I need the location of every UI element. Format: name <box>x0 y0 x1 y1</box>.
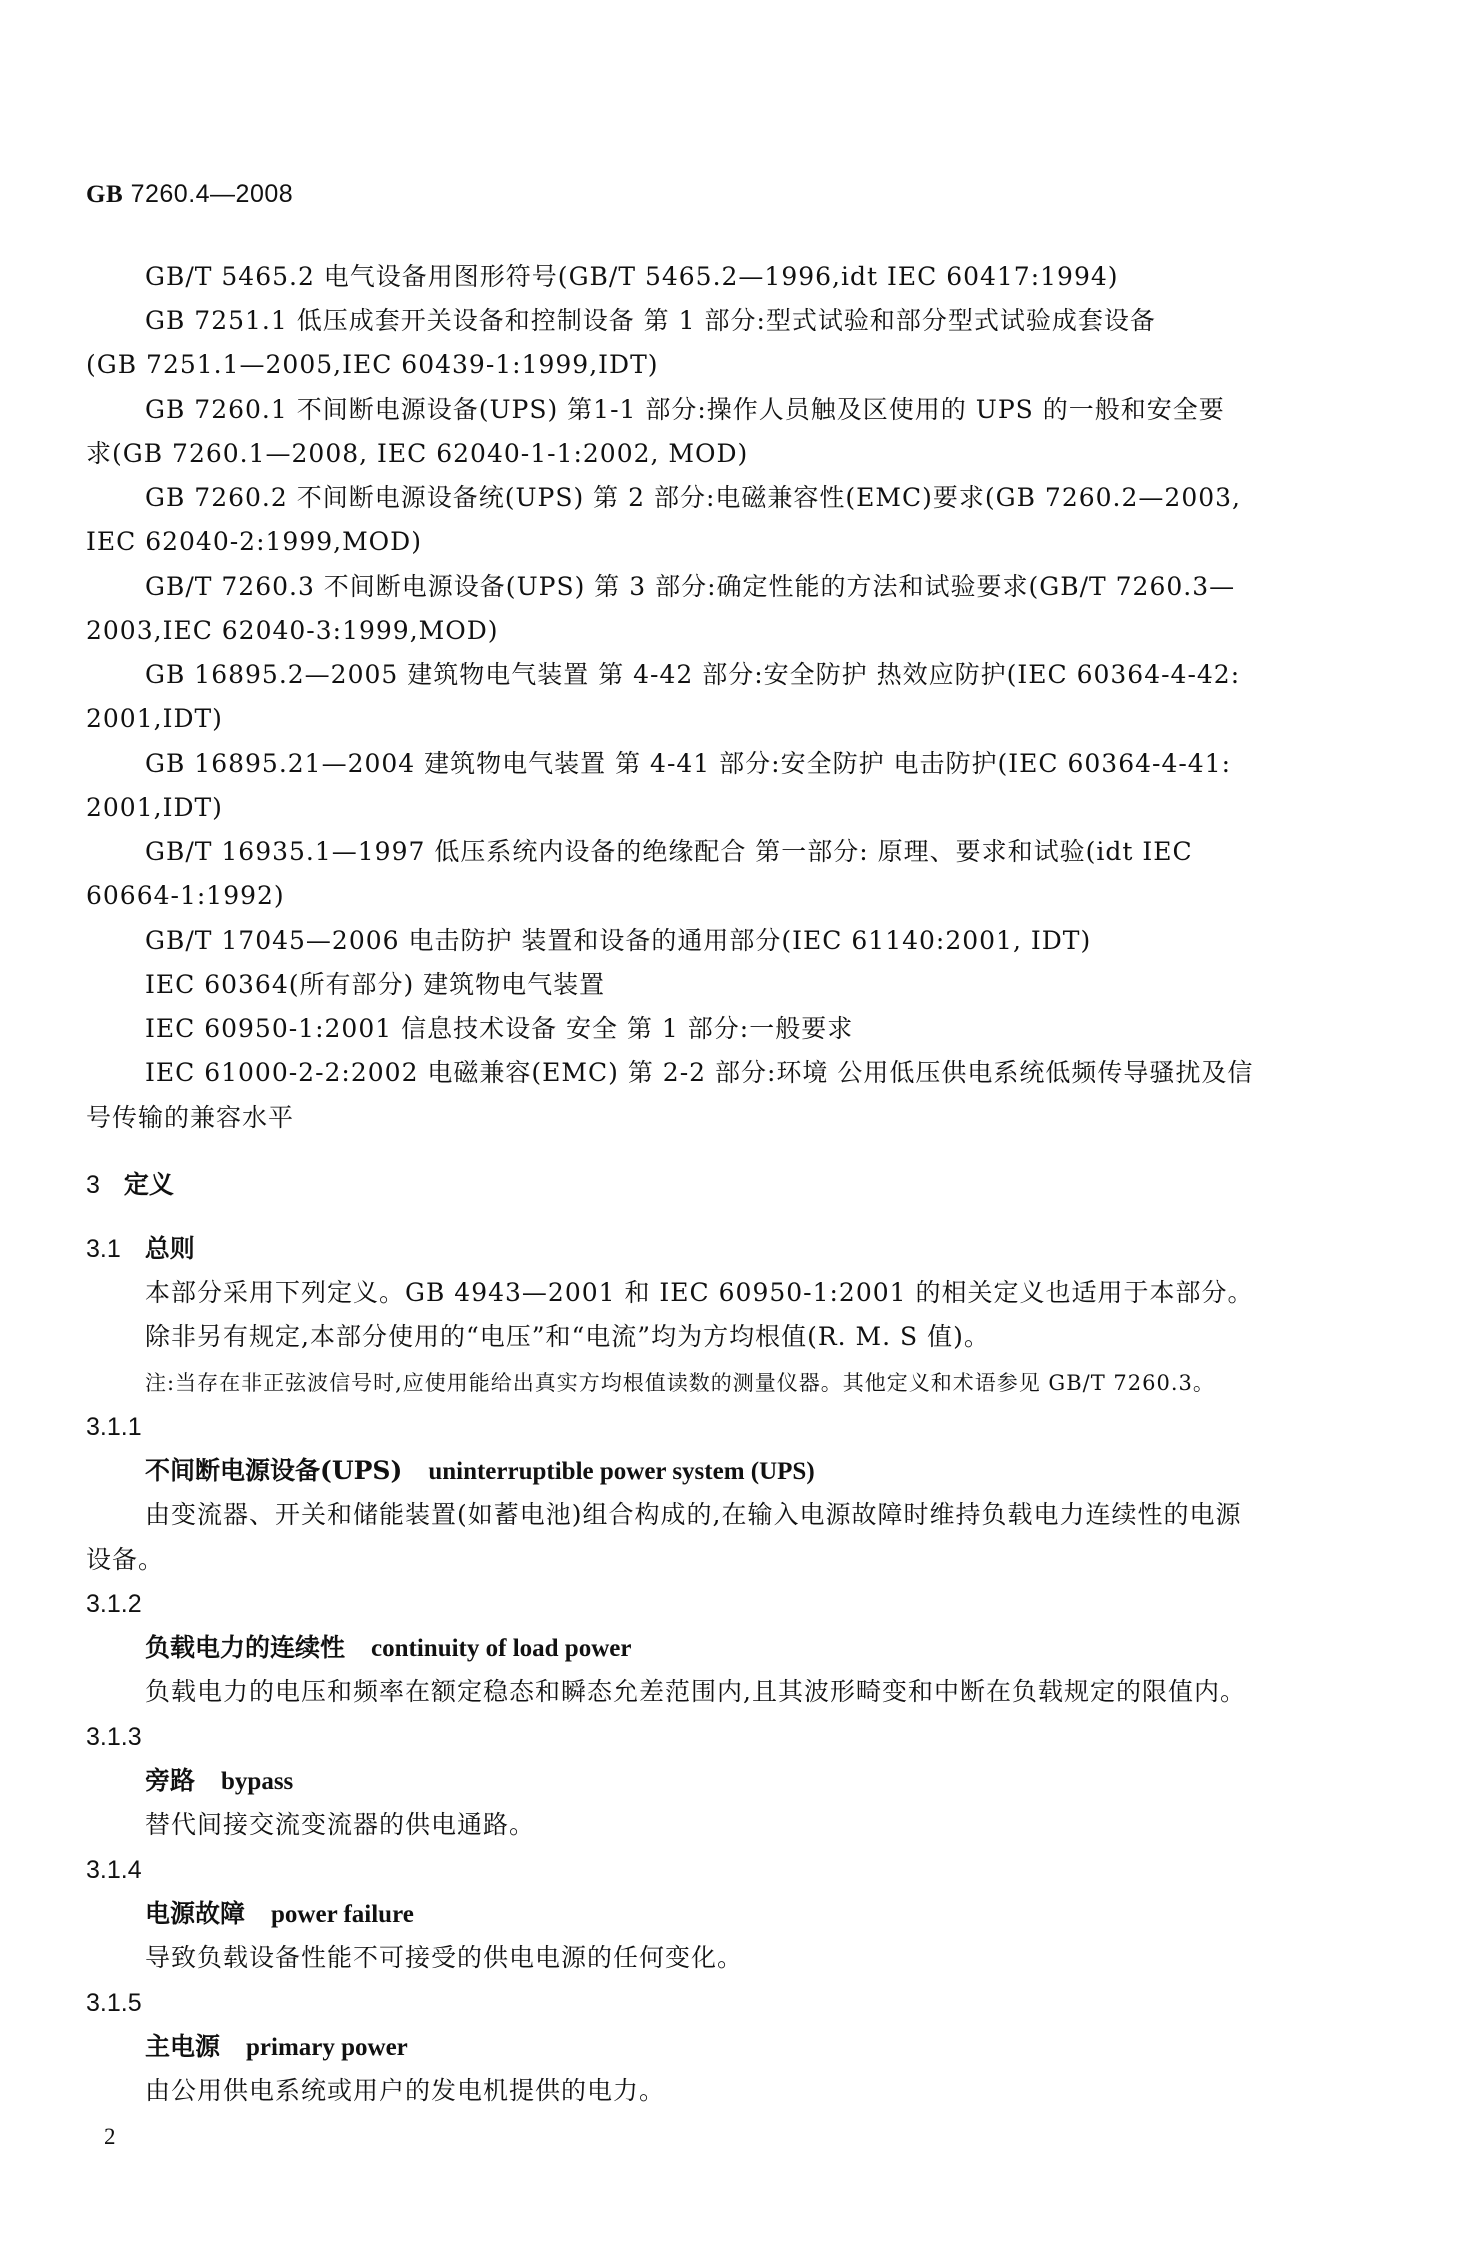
header-code: 7260.4—2008 <box>131 180 294 208</box>
reference-item: GB 16895.2—2005 建筑物电气装置 第 4-42 部分:安全防护 热… <box>145 660 1455 690</box>
term-zh: 不间断电源设备(UPS) <box>145 1456 402 1485</box>
term-definition: 由公用供电系统或用户的发电机提供的电力。 <box>145 2076 1455 2106</box>
reference-item-cont: 求(GB 7260.1—2008, IEC 62040-1-1:2002, MO… <box>86 439 1396 469</box>
term-zh: 负载电力的连续性 <box>145 1633 345 1662</box>
section-heading: 3定义 <box>86 1170 174 1200</box>
term-en: continuity of load power <box>371 1635 631 1662</box>
term-zh: 主电源 <box>145 2032 220 2061</box>
term-definition: 导致负载设备性能不可接受的供电电源的任何变化。 <box>145 1943 1455 1973</box>
term-number: 3.1.3 <box>86 1722 142 1752</box>
term-heading: 负载电力的连续性continuity of load power <box>145 1633 631 1664</box>
term-heading: 旁路bypass <box>145 1766 293 1797</box>
paragraph: 除非另有规定,本部分使用的“电压”和“电流”均为方均根值(R. M. S 值)。 <box>145 1322 1455 1352</box>
section-title: 定义 <box>124 1171 174 1199</box>
term-definition-cont: 设备。 <box>86 1545 1396 1575</box>
term-heading: 不间断电源设备(UPS)uninterruptible power system… <box>145 1456 815 1487</box>
paragraph: 本部分采用下列定义。GB 4943—2001 和 IEC 60950-1:200… <box>145 1278 1455 1308</box>
reference-item: GB 7260.1 不间断电源设备(UPS) 第1-1 部分:操作人员触及区使用… <box>145 395 1455 425</box>
document-page: GB 7260.4—2008 GB/T 5465.2 电气设备用图形符号(GB/… <box>0 0 1478 2244</box>
note: 注:当存在非正弦波信号时,应使用能给出真实方均根值读数的测量仪器。其他定义和术语… <box>145 1368 1455 1398</box>
term-heading: 主电源primary power <box>145 2032 408 2063</box>
reference-item: GB 7251.1 低压成套开关设备和控制设备 第 1 部分:型式试验和部分型式… <box>145 306 1455 336</box>
reference-item: GB/T 17045—2006 电击防护 装置和设备的通用部分(IEC 6114… <box>145 926 1455 956</box>
reference-item-cont: 60664-1:1992) <box>86 881 1396 911</box>
reference-item-cont: 2001,IDT) <box>86 704 1396 734</box>
header-prefix: GB <box>86 181 123 208</box>
reference-item: GB/T 16935.1—1997 低压系统内设备的绝缘配合 第一部分: 原理、… <box>145 837 1455 867</box>
term-en: bypass <box>221 1768 293 1795</box>
reference-item-cont: 2001,IDT) <box>86 793 1396 823</box>
reference-item-cont: 2003,IEC 62040-3:1999,MOD) <box>86 616 1396 646</box>
reference-item: IEC 60950-1:2001 信息技术设备 安全 第 1 部分:一般要求 <box>145 1014 1455 1044</box>
term-number: 3.1.4 <box>86 1855 142 1885</box>
term-zh: 电源故障 <box>145 1899 245 1928</box>
term-zh: 旁路 <box>145 1766 195 1795</box>
page-number: 2 <box>104 2124 116 2150</box>
reference-item: GB/T 7260.3 不间断电源设备(UPS) 第 3 部分:确定性能的方法和… <box>145 572 1455 602</box>
reference-item-cont: IEC 62040-2:1999,MOD) <box>86 527 1396 557</box>
term-number: 3.1.2 <box>86 1589 142 1619</box>
term-en: uninterruptible power system (UPS) <box>428 1458 814 1485</box>
standard-header: GB 7260.4—2008 <box>86 180 293 209</box>
reference-item: GB 16895.21—2004 建筑物电气装置 第 4-41 部分:安全防护 … <box>145 749 1455 779</box>
term-number: 3.1.1 <box>86 1412 142 1442</box>
term-definition: 由变流器、开关和储能装置(如蓄电池)组合构成的,在输入电源故障时维持负载电力连续… <box>145 1500 1455 1530</box>
reference-item: IEC 61000-2-2:2002 电磁兼容(EMC) 第 2-2 部分:环境… <box>145 1058 1455 1088</box>
subsection-number: 3.1 <box>86 1235 121 1263</box>
term-heading: 电源故障power failure <box>145 1899 414 1930</box>
term-en: power failure <box>271 1901 414 1928</box>
reference-item: GB/T 5465.2 电气设备用图形符号(GB/T 5465.2—1996,i… <box>145 262 1455 292</box>
reference-item: GB 7260.2 不间断电源设备统(UPS) 第 2 部分:电磁兼容性(EMC… <box>145 483 1455 513</box>
subsection-heading: 3.1总则 <box>86 1234 195 1264</box>
term-definition: 负载电力的电压和频率在额定稳态和瞬态允差范围内,且其波形畸变和中断在负载规定的限… <box>145 1677 1455 1707</box>
subsection-title: 总则 <box>145 1235 195 1263</box>
section-number: 3 <box>86 1171 100 1199</box>
term-en: primary power <box>246 2034 408 2061</box>
term-number: 3.1.5 <box>86 1988 142 2018</box>
reference-item: IEC 60364(所有部分) 建筑物电气装置 <box>145 970 1455 1000</box>
term-definition: 替代间接交流变流器的供电通路。 <box>145 1810 1455 1840</box>
reference-item-cont: (GB 7251.1—2005,IEC 60439-1:1999,IDT) <box>86 350 1396 380</box>
reference-item-cont: 号传输的兼容水平 <box>86 1103 1396 1133</box>
